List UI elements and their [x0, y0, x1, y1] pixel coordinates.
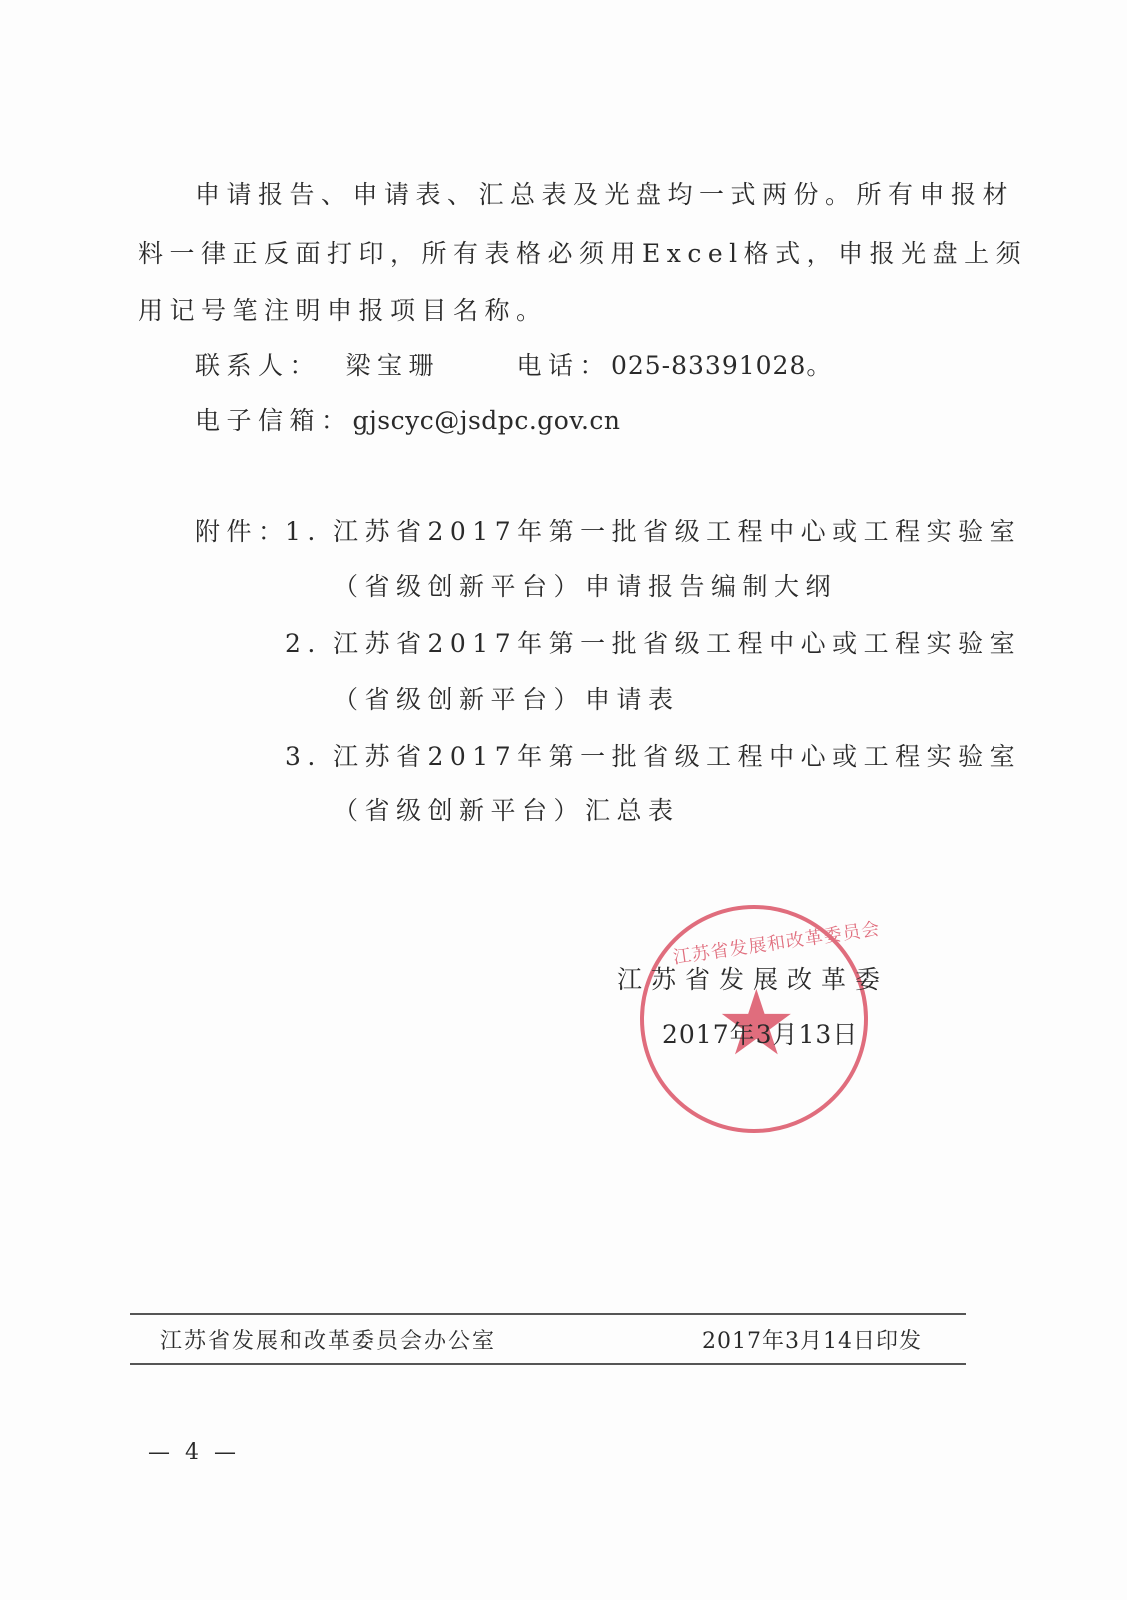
attachment-number: 2.: [285, 627, 322, 661]
paragraph-line: 料一律正反面打印，所有表格必须用Excel格式，申报光盘上须: [138, 237, 1027, 271]
page-number: — 4 —: [148, 1440, 240, 1465]
phone-label: 电话：: [516, 351, 611, 380]
signing-date: 2017年3月13日: [662, 1015, 858, 1051]
attachment-title: 江苏省2017年第一批省级工程中心或工程实验室: [333, 740, 1021, 774]
attachment-number: 3.: [285, 740, 322, 774]
email-label: 电子信箱：: [195, 406, 353, 435]
issue-date: 2017年3月14日印发: [702, 1324, 922, 1355]
phone-value: 025-83391028。: [611, 351, 832, 380]
email-line: 电子信箱：gjscyc@jsdpc.gov.cn: [195, 404, 621, 438]
contact-name: 梁宝珊: [345, 351, 440, 380]
issuer-name: 江苏省发展和改革委员会办公室: [160, 1324, 496, 1355]
footer-rule-bottom: [130, 1363, 966, 1365]
attachment-number: 1.: [285, 515, 322, 549]
paragraph-line: 用记号笔注明申报项目名称。: [138, 294, 548, 328]
attachment-title: 江苏省2017年第一批省级工程中心或工程实验室: [333, 627, 1021, 661]
contact-label: 联系人：: [195, 351, 321, 380]
footer-rule-top: [130, 1313, 966, 1315]
signing-org: 江苏省发展改革委: [617, 960, 889, 996]
attachment-title-cont: （省级创新平台）申请表: [333, 683, 680, 717]
attachment-title: 江苏省2017年第一批省级工程中心或工程实验室: [333, 515, 1021, 549]
paragraph-line: 申请报告、申请表、汇总表及光盘均一式两份。所有申报材: [195, 178, 1014, 212]
email-value: gjscyc@jsdpc.gov.cn: [353, 406, 621, 435]
contact-line: 联系人： 梁宝珊 电话：025-83391028。: [195, 349, 832, 383]
attachment-title-cont: （省级创新平台）申请报告编制大纲: [333, 570, 837, 604]
attachment-title-cont: （省级创新平台）汇总表: [333, 794, 680, 828]
attachments-label: 附件：: [195, 515, 290, 549]
